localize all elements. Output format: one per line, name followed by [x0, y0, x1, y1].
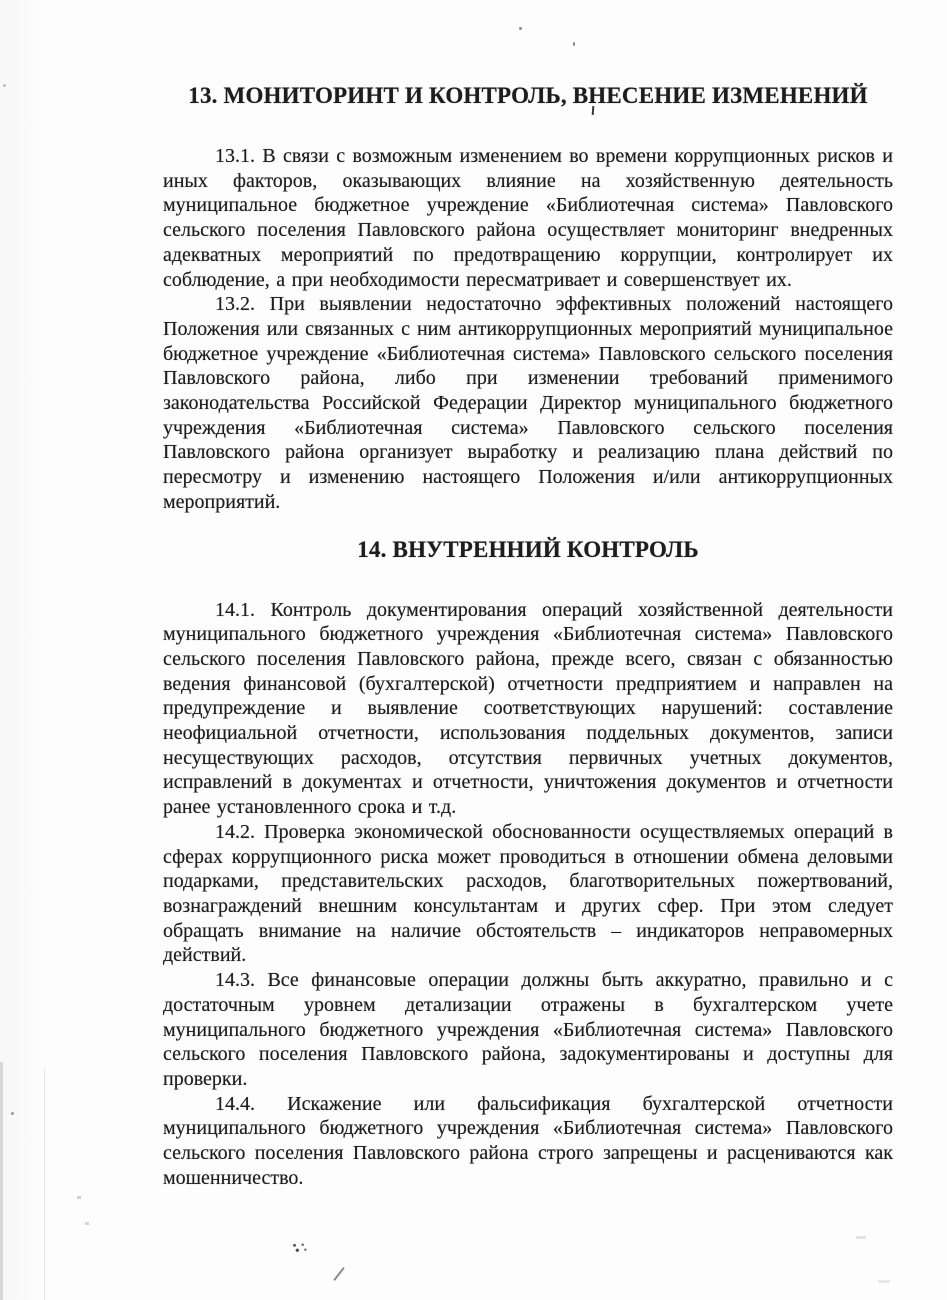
scan-artifact-smudge: [878, 1280, 890, 1283]
paragraph-14-3: 14.3. Все финансовые операции должны быт…: [163, 968, 893, 1092]
scan-artifact-dot: [3, 84, 6, 87]
section-14-heading: 14. ВНУТРЕННИЙ КОНТРОЛЬ: [163, 536, 893, 564]
scanned-document-page: 13. МОНИТОРИНТ И КОНТРОЛЬ, ВНЕСЕНИЕ ИЗМЕ…: [0, 0, 947, 1300]
scan-artifact-dot: [11, 1112, 14, 1115]
scan-artifact-edge-line: [44, 1068, 45, 1300]
paragraph-14-2: 14.2. Проверка экономической обоснованно…: [163, 820, 893, 968]
scan-artifact-edge-line: [0, 1062, 3, 1300]
paragraph-13-2: 13.2. При выявлении недостаточно эффекти…: [163, 292, 893, 514]
scan-artifact-speck: [85, 1222, 89, 1225]
paragraph-14-1: 14.1. Контроль документирования операций…: [163, 598, 893, 820]
section-13-heading: 13. МОНИТОРИНТ И КОНТРОЛЬ, ВНЕСЕНИЕ ИЗМЕ…: [163, 0, 893, 110]
scan-artifact-smudge: [856, 1236, 866, 1239]
paragraph-13-1: 13.1. В связи с возможным изменением во …: [163, 144, 893, 292]
document-content: 13. МОНИТОРИНТ И КОНТРОЛЬ, ВНЕСЕНИЕ ИЗМЕ…: [163, 0, 893, 1190]
scan-artifact-smudge: [291, 1242, 309, 1253]
scan-artifact-slash: [333, 1267, 344, 1281]
paragraph-14-4: 14.4. Искажение или фальсификация бухгал…: [163, 1092, 893, 1191]
scan-artifact-speck: [77, 1196, 81, 1199]
